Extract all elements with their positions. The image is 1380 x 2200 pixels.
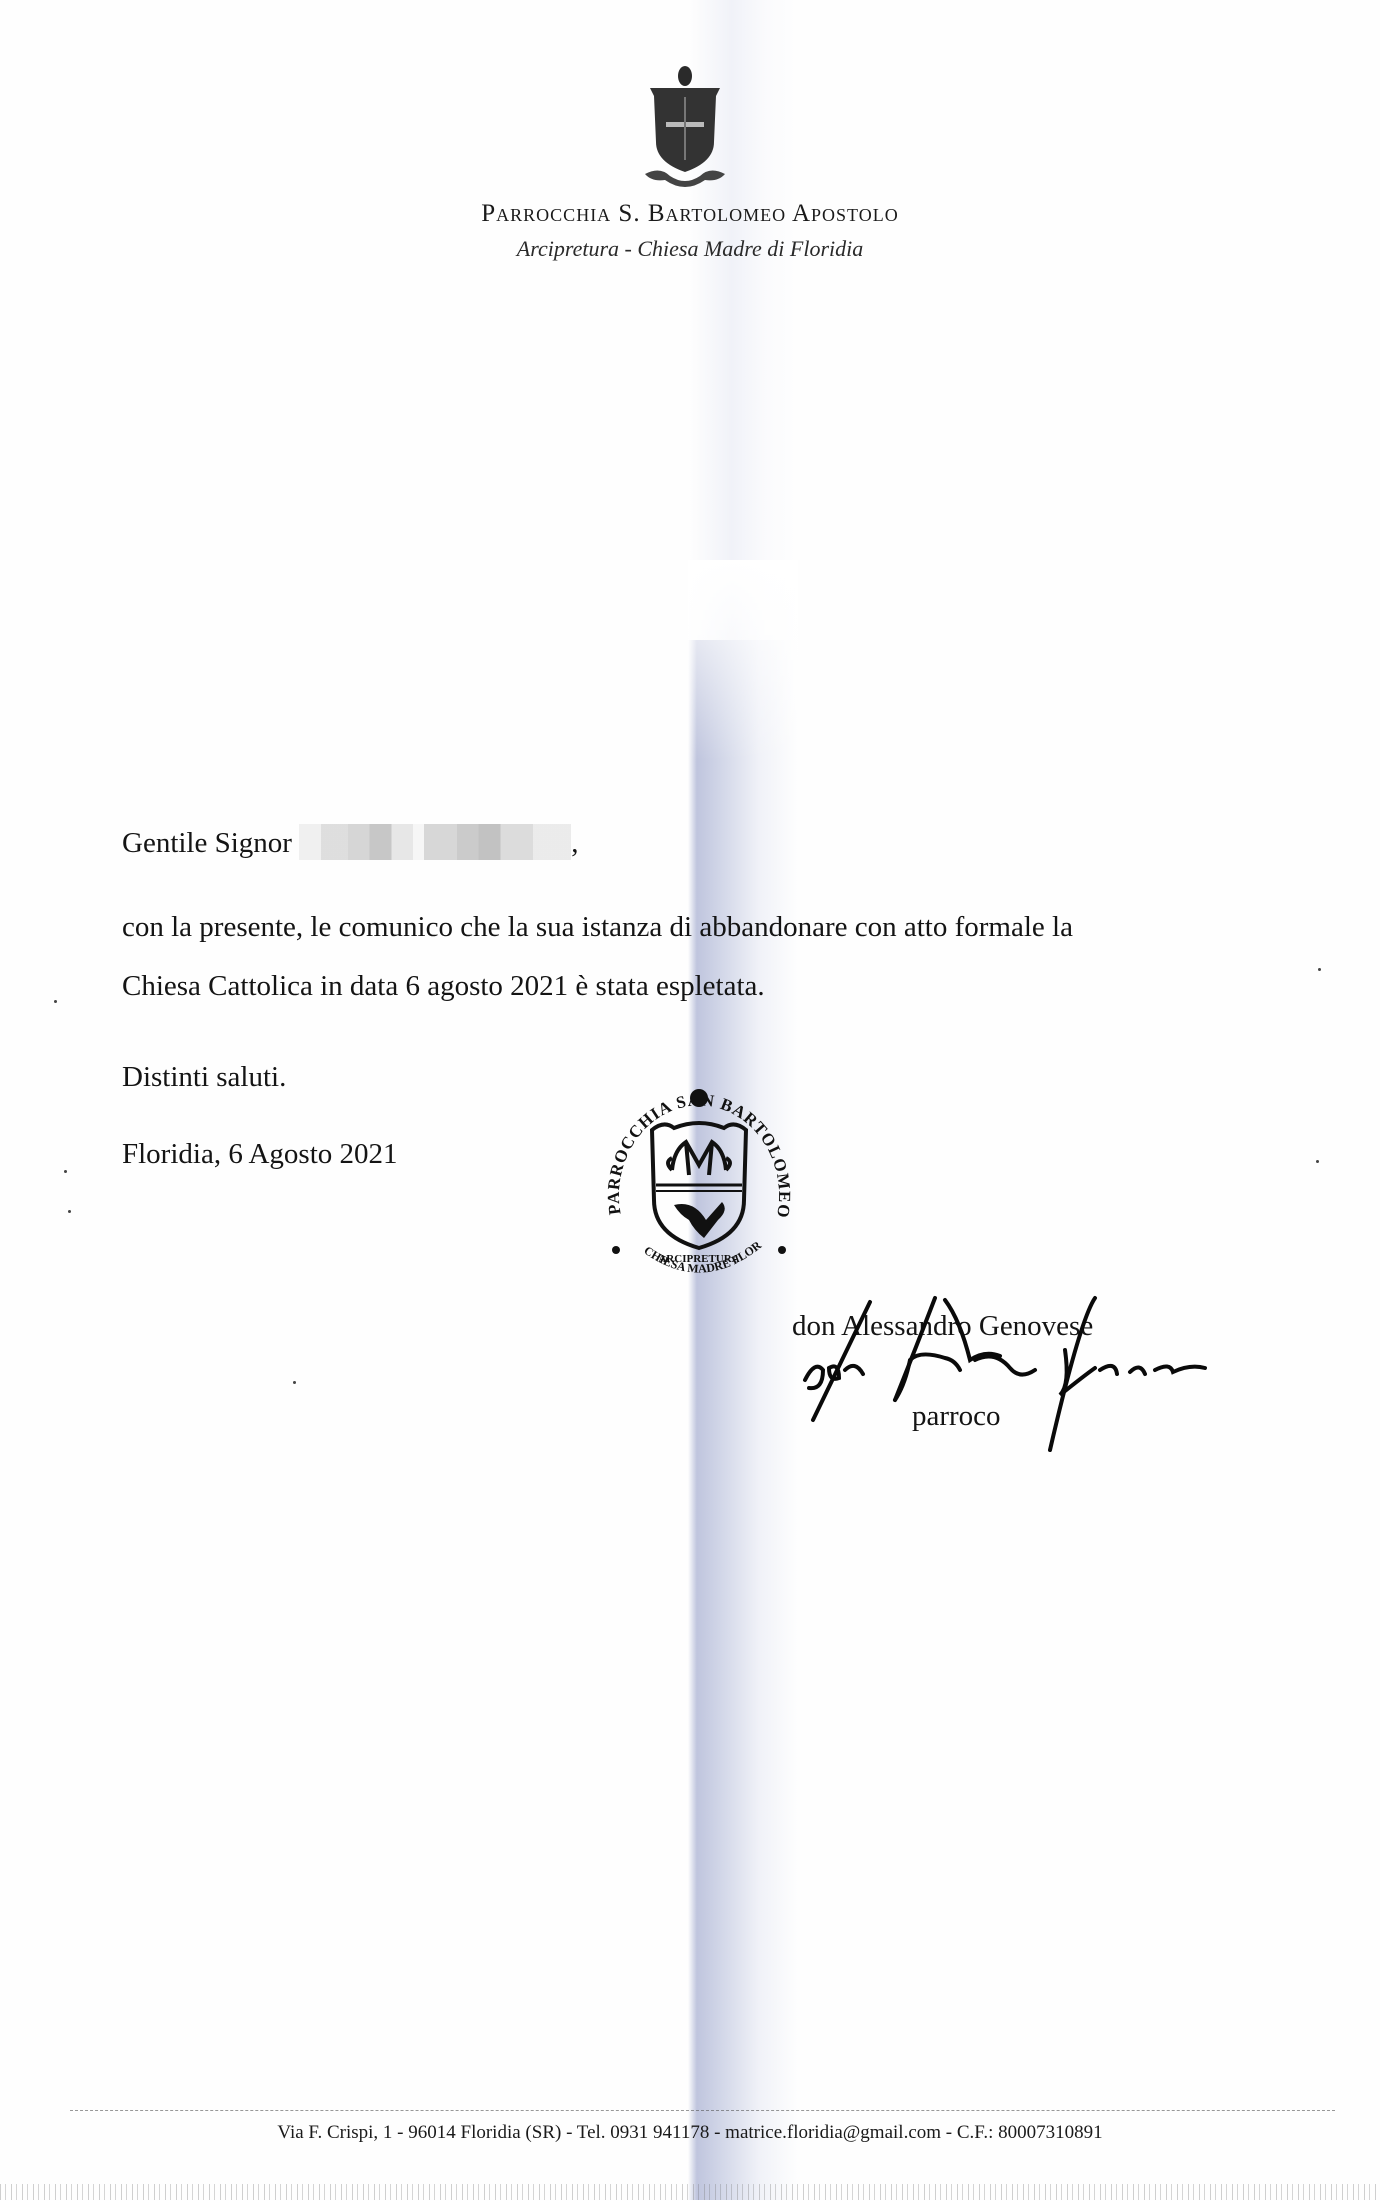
body-paragraph-line-2: Chiesa Cattolica in data 6 agosto 2021 è… — [122, 972, 765, 1001]
salutation-comma: , — [571, 827, 578, 859]
parish-stamp-icon: PARROCCHIA SAN BARTOLOMEO AP. CHIESA MAD… — [594, 1070, 804, 1310]
paper-fold-fade — [688, 560, 798, 760]
paper-speck — [1316, 1160, 1319, 1163]
paper-speck — [68, 1210, 71, 1213]
place-and-date: Floridia, 6 Agosto 2021 — [122, 1140, 398, 1169]
letterhead-footer-contact: Via F. Crispi, 1 - 96014 Floridia (SR) -… — [0, 2122, 1380, 2144]
redacted-recipient-name — [299, 824, 571, 860]
letterhead-subtitle: Arcipretura - Chiesa Madre di Floridia — [0, 236, 1380, 262]
letterhead-title: Parrocchia S. Bartolomeo Apostolo — [0, 200, 1380, 228]
footer-divider — [70, 2110, 1335, 2111]
salutation: Gentile Signor , — [122, 824, 578, 860]
paper-fold-shadow — [688, 640, 798, 2200]
closing: Distinti saluti. — [122, 1063, 286, 1092]
paper-speck — [64, 1170, 67, 1173]
paper-speck — [293, 1381, 296, 1384]
paper-speck — [54, 1000, 57, 1003]
paper-speck — [1318, 968, 1321, 971]
coat-of-arms-icon — [640, 62, 730, 192]
salutation-prefix: Gentile Signor — [122, 827, 292, 859]
paper-edge-texture — [0, 2184, 1380, 2200]
handwritten-signature-icon — [795, 1290, 1215, 1460]
svg-text:ARCIPRETURA: ARCIPRETURA — [658, 1253, 739, 1265]
body-paragraph-line-1: con la presente, le comunico che la sua … — [122, 913, 1073, 942]
